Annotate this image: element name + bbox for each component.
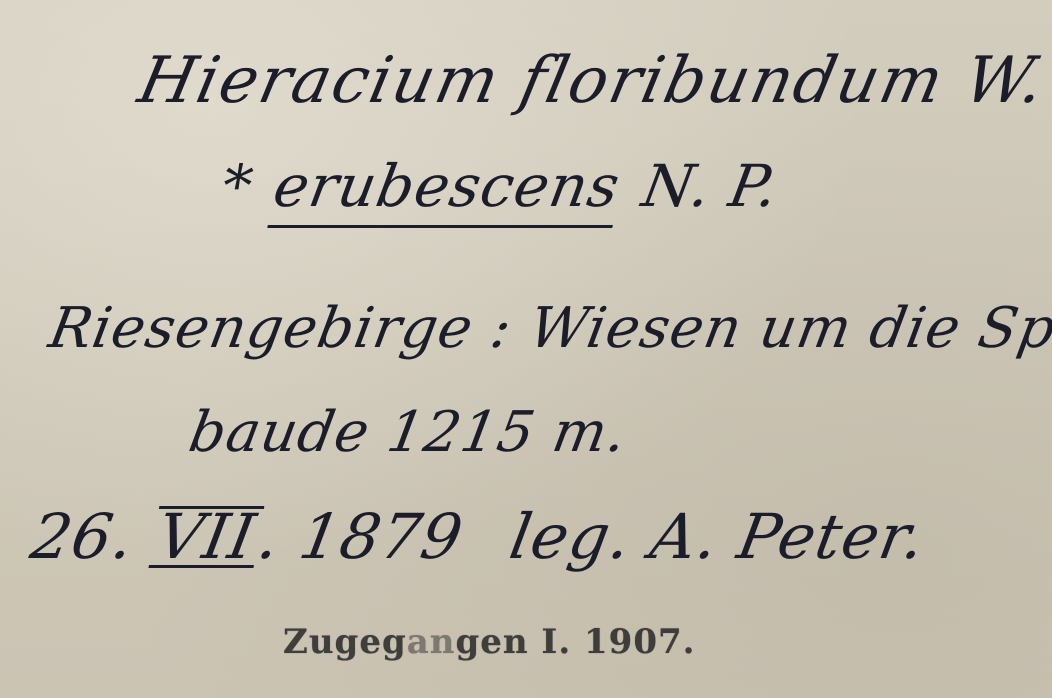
collector: leg. A. Peter. [505,500,931,573]
collection-date-collector: 26. VII. 1879 leg. A. Peter. [26,500,931,573]
locality-line-1: Riesengebirge : Wiesen um die Spindler- [44,296,1052,361]
locality-line-2: baude 1215 m. [184,400,632,465]
collection-year: . 1879 [253,500,469,573]
taxon-author: N. P. [637,152,784,220]
epithet: erubescens [267,157,624,228]
stamp-text-faded: an [407,622,456,662]
collection-month: VII [149,506,265,568]
stamp-text-b: gen I. 1907. [455,622,695,662]
accession-stamp: Zugegangen I. 1907. [283,622,695,662]
taxon-name: Hieracium floribundum W. Gr. [132,44,1052,118]
stamp-text-a: Zugeg [283,622,407,662]
infraspecific-taxon: *erubescensN. P. [215,152,784,228]
asterisk-mark: * [217,152,259,220]
collection-day: 26. [26,500,140,573]
herbarium-label: Hieracium floribundum W. Gr. *erubescens… [0,0,1052,698]
